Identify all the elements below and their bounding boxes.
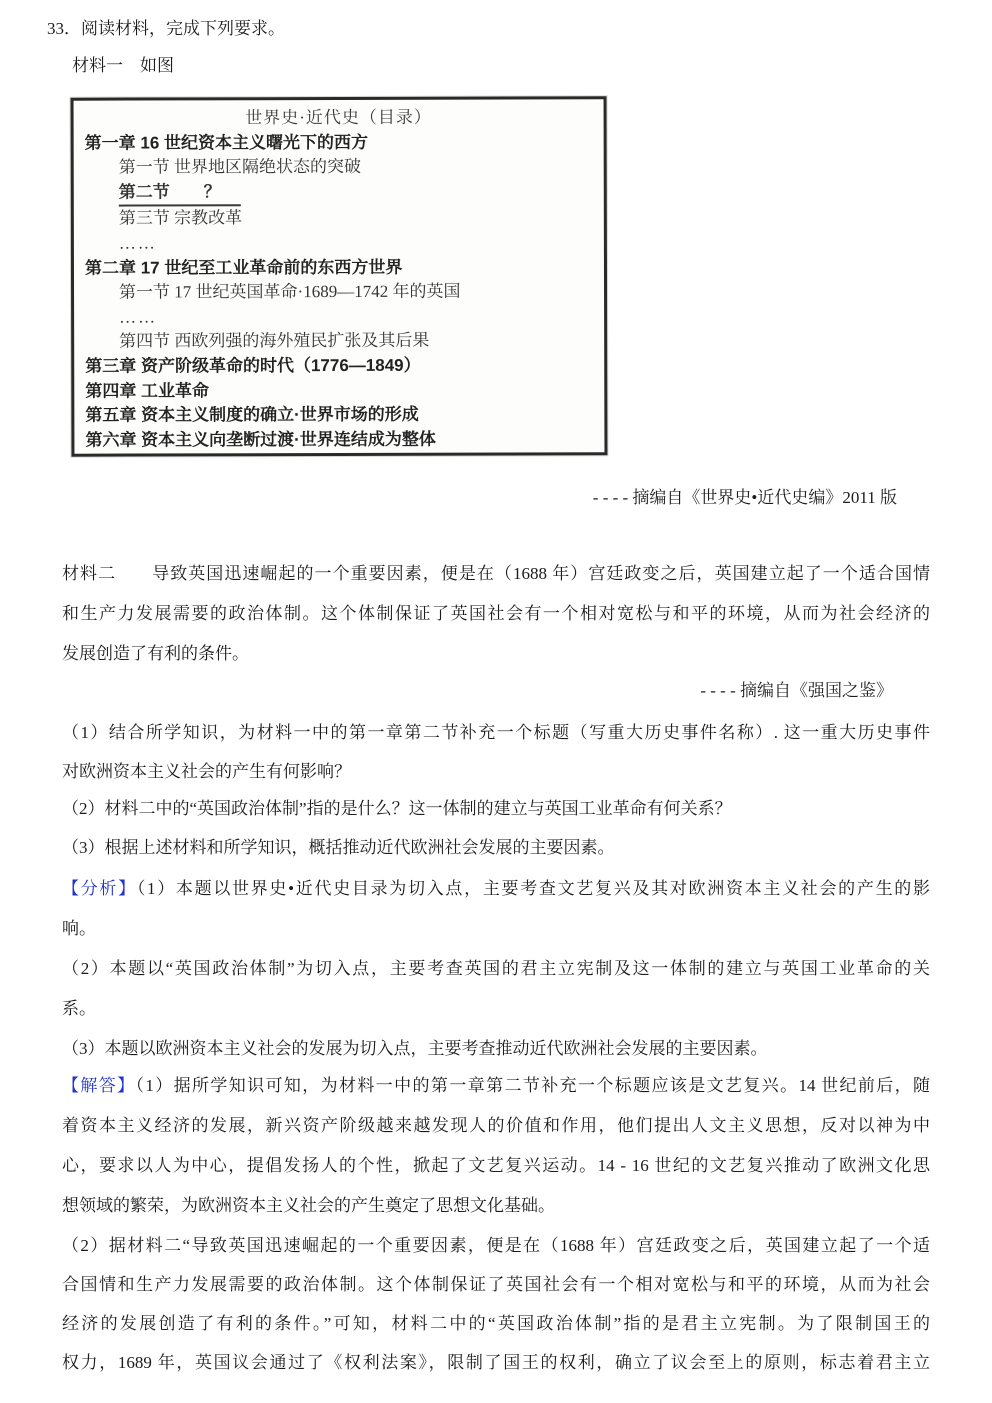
analysis-line: 系。 <box>62 989 930 1029</box>
analysis-line: （3）本题以欧洲资本主义社会的发展为切入点，主要考查推动近代欧洲社会发展的主要因… <box>62 1029 930 1069</box>
figure-line-chapter5: 第五章 资本主义制度的确立·世界市场的形成 <box>74 402 604 428</box>
figure-line-chapter4: 第四章 工业革命 <box>74 378 604 404</box>
answer-line: 经济的发展创造了有利的条件。”可知，材料二中的“英国政治体制”指的是君主立宪制。… <box>62 1304 930 1343</box>
answer-text: （1）据所学知识可知，为材料一中的第一章第二节补充一个标题应该是文艺复兴。14 … <box>136 1076 930 1095</box>
figure-line-chapter2-section1: 第一节 17 世纪英国革命·1689—1742 年的英国 <box>74 279 604 305</box>
figure-line-section1: 第一节 世界地区隔绝状态的突破 <box>74 154 604 180</box>
figure-line-chapter1: 第一章 16 世纪资本主义曙光下的西方 <box>74 130 604 156</box>
figure-title: 世界史·近代史（目录） <box>74 105 604 131</box>
answer-line: 【解答】（1）据所学知识可知，为材料一中的第一章第二节补充一个标题应该是文艺复兴… <box>62 1066 930 1106</box>
answer-line: 想领域的繁荣，为欧洲资本主义社会的产生奠定了思想文化基础。 <box>62 1186 930 1226</box>
question-1: （1）结合所学知识，为材料一中的第一章第二节补充一个标题（写重大历史事件名称）.… <box>62 713 930 791</box>
analysis-line: 响。 <box>62 909 930 949</box>
material-two-line: 发展创造了有利的条件。 <box>62 634 930 674</box>
analysis-line: 【分析】（1）本题以世界史•近代史目录为切入点，主要考查文艺复兴及其对欧洲资本主… <box>62 869 930 909</box>
question-1-line: 对欧洲资本主义社会的产生有何影响？ <box>62 752 930 791</box>
answer-line: 着资本主义经济的发展，新兴资产阶级越来越发现人的价值和作用，他们提出人文主义思想… <box>62 1106 930 1146</box>
material-two-line: 和生产力发展需要的政治体制。这个体制保证了英国社会有一个相对宽松与和平的环境，从… <box>62 594 930 634</box>
material-two-source-caption: - - - - 摘编自《强国之鉴》 <box>700 671 893 711</box>
figure-ellipsis: …… <box>74 304 604 330</box>
figure-line-chapter2: 第二章 17 世纪至工业革命前的东西方世界 <box>74 255 604 281</box>
question-number-line: 33．阅读材料，完成下列要求。 <box>47 9 285 49</box>
question-3: （3）根据上述材料和所学知识，概括推动近代欧洲社会发展的主要因素。 <box>62 828 615 868</box>
analysis-label: 【分析】 <box>62 879 137 898</box>
answer-label: 【解答】 <box>62 1076 136 1095</box>
answer-section-part2: （2）据材料二“导致英国迅速崛起的一个重要因素，便是在（1688 年）宫廷政变之… <box>62 1226 930 1382</box>
figure-line-section2-blank: 第二节 ？ <box>74 179 604 207</box>
figure-line-chapter6: 第六章 资本主义向垄断过渡·世界连结成为整体 <box>74 427 604 453</box>
answer-line: （2）据材料二“导致英国迅速崛起的一个重要因素，便是在（1688 年）宫廷政变之… <box>62 1226 930 1265</box>
document-page: 33．阅读材料，完成下列要求。 材料一 如图 世界史·近代史（目录） 第一章 1… <box>0 0 992 1403</box>
figure-ellipsis: …… <box>74 230 604 256</box>
figure-source-caption: - - - - 摘编自《世界史•近代史编》2011 版 <box>593 478 897 518</box>
analysis-line: （2）本题以“英国政治体制”为切入点，主要考查英国的君主立宪制及这一体制的建立与… <box>62 949 930 989</box>
analysis-text: （1）本题以世界史•近代史目录为切入点，主要考查文艺复兴及其对欧洲资本主义社会的… <box>137 879 930 898</box>
figure-line-chapter2-section4: 第四节 西欧列强的海外殖民扩张及其后果 <box>74 329 604 355</box>
answer-line: 心，要求以人为中心，提倡发扬人的个性，掀起了文艺复兴运动。14 - 16 世纪的… <box>62 1146 930 1186</box>
figure-line-chapter3: 第三章 资产阶级革命的时代（1776—1849） <box>74 353 604 379</box>
material-two-paragraph: 材料二 导致英国迅速崛起的一个重要因素，便是在（1688 年）宫廷政变之后，英国… <box>62 554 930 674</box>
material-two-line: 材料二 导致英国迅速崛起的一个重要因素，便是在（1688 年）宫廷政变之后，英国… <box>62 554 930 594</box>
toc-figure: 世界史·近代史（目录） 第一章 16 世纪资本主义曙光下的西方 第一节 世界地区… <box>71 96 608 456</box>
answer-line: 合国情和生产力发展需要的政治体制。这个体制保证了英国社会有一个相对宽松与和平的环… <box>62 1265 930 1304</box>
answer-section-part1: 【解答】（1）据所学知识可知，为材料一中的第一章第二节补充一个标题应该是文艺复兴… <box>62 1066 930 1226</box>
question-2: （2）材料二中的“英国政治体制”指的是什么？这一体制的建立与英国工业革命有何关系… <box>62 789 732 829</box>
answer-line: 权力，1689 年，英国议会通过了《权利法案》，限制了国王的权利，确立了议会至上… <box>62 1343 930 1382</box>
material-one-label: 材料一 如图 <box>72 46 174 86</box>
analysis-section: 【分析】（1）本题以世界史•近代史目录为切入点，主要考查文艺复兴及其对欧洲资本主… <box>62 869 930 1069</box>
question-1-line: （1）结合所学知识，为材料一中的第一章第二节补充一个标题（写重大历史事件名称）.… <box>62 713 930 752</box>
blank-underline: 第二节 ？ <box>119 180 241 207</box>
figure-line-section3: 第三节 宗教改革 <box>74 206 604 232</box>
